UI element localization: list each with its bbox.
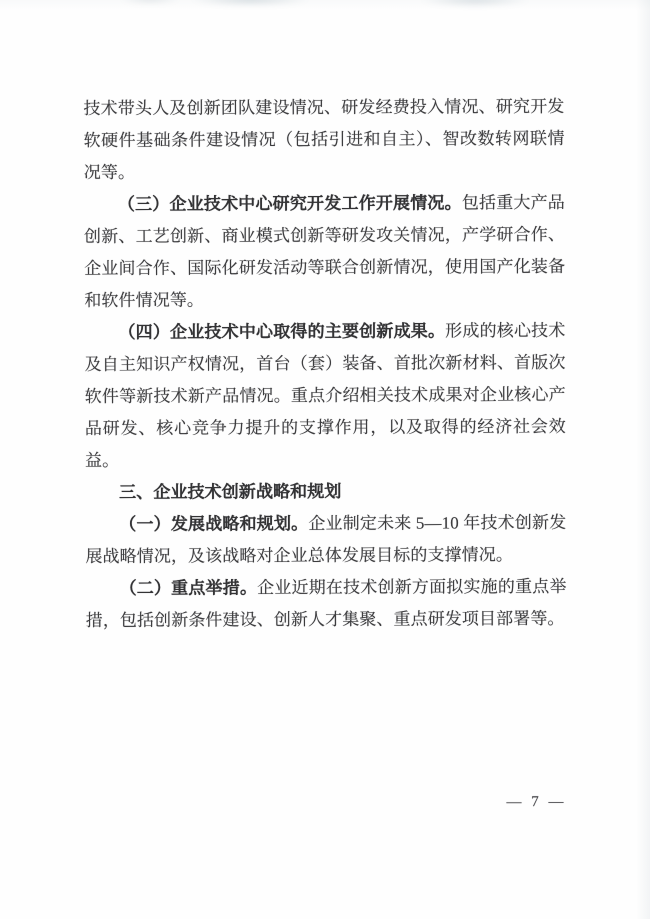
paragraph: 技术带头人及创新团队建设情况、研发经费投入情况、研究开发软硬件基础条件建设情况（… <box>83 91 564 189</box>
paragraph: （三）企业技术中心研究开发工作开展情况。包括重大产品创新、工艺创新、商业模式创新… <box>84 187 566 317</box>
document-body: 技术带头人及创新团队建设情况、研发经费投入情况、研究开发软硬件基础条件建设情况（… <box>83 91 566 637</box>
scan-area: 技术带头人及创新团队建设情况、研发经费投入情况、研究开发软硬件基础条件建设情况（… <box>0 0 650 919</box>
paragraph: （四）企业技术中心取得的主要创新成果。形成的核心技术及自主知识产权情况，首台（套… <box>84 315 566 477</box>
document-page: 技术带头人及创新团队建设情况、研发经费投入情况、研究开发软硬件基础条件建设情况（… <box>0 0 650 919</box>
paragraph: （一）发展战略和规划。企业制定未来 5—10 年技术创新发展战略情况，及该战略对… <box>85 507 566 573</box>
paragraph-lead: （二）重点举措。 <box>120 578 258 598</box>
section-heading: 三、企业技术创新战略和规划 <box>85 475 566 509</box>
paragraph-lead: （一）发展战略和规划。 <box>119 514 308 534</box>
paragraph-lead: （三）企业技术中心研究开发工作开展情况。 <box>118 193 462 214</box>
page-number: — 7 — <box>481 794 591 811</box>
paragraph: （二）重点举措。企业近期在技术创新方面拟实施的重点举措，包括创新条件建设、创新人… <box>85 571 566 637</box>
paragraph-lead: （四）企业技术中心取得的主要创新成果。 <box>118 321 445 341</box>
section-heading-text: 三、企业技术创新战略和规划 <box>119 482 341 502</box>
